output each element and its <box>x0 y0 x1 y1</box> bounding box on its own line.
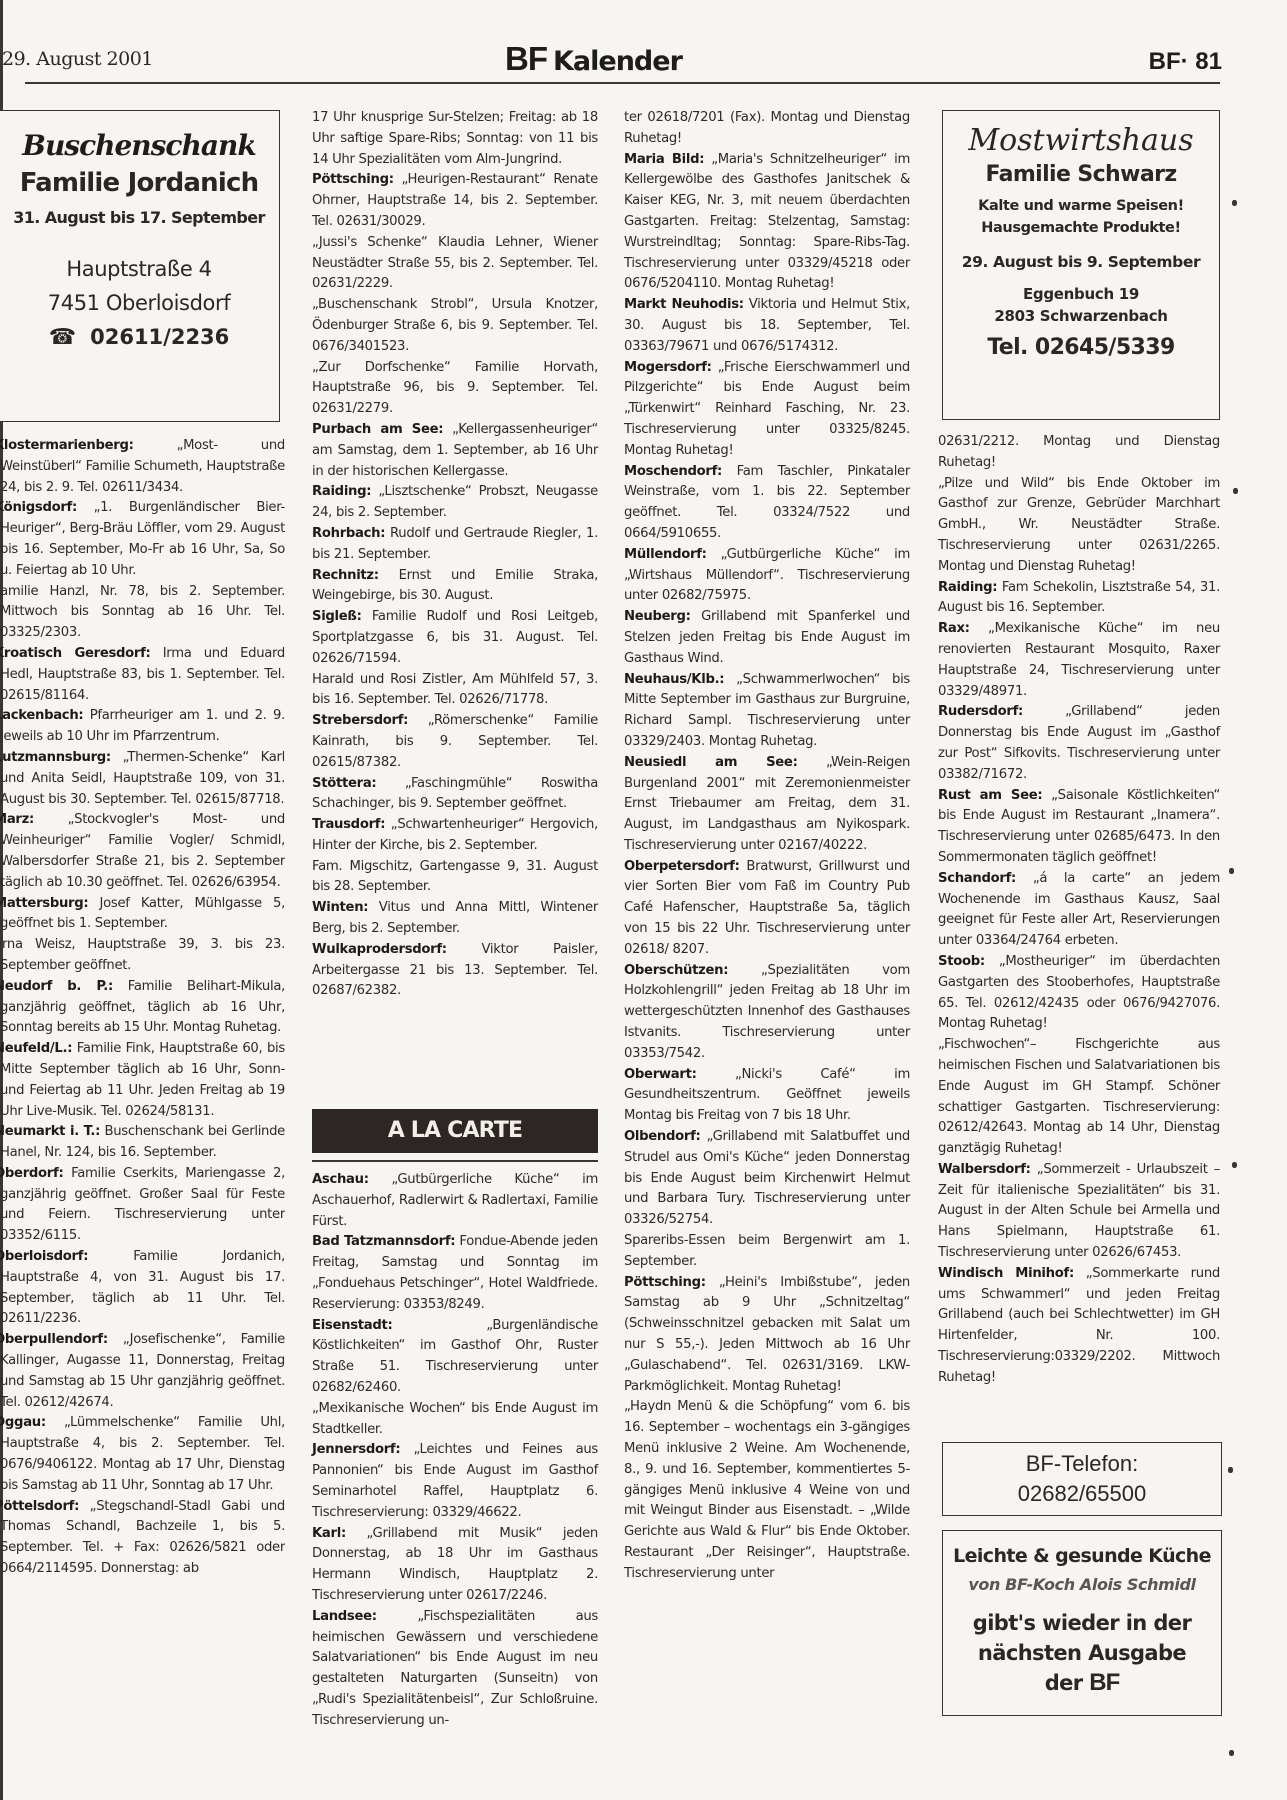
listing-entry: Rust am See: „Saisonale Köstlichkeiten“ … <box>938 786 1220 869</box>
listing-entry: Karl: „Grillabend mit Musik“ jeden Donne… <box>312 1524 598 1607</box>
listing-entry: Neuhaus/Klb.: „Schwammerlwochen“ bis Mit… <box>624 670 910 753</box>
ad-dates: 29. August bis 9. September <box>943 253 1219 271</box>
listing-entry: Wulkaprodersdorf: Viktor Paisler, Arbeit… <box>312 940 598 1002</box>
listing-entry: „Fischwochen“– Fischgerichte aus heimisc… <box>938 1035 1220 1160</box>
listing-entry: Kroatisch Geresdorf: Irma und Eduard Hed… <box>0 644 285 706</box>
section-title: BFKalender <box>505 40 682 78</box>
listing-entry: Neuberg: Grillabend mit Spanferkel und S… <box>624 607 910 669</box>
ad-city: 7451 Oberloisdorf <box>0 291 279 315</box>
ad-phone-number: 02611/2236 <box>90 325 229 349</box>
scan-speck <box>1229 868 1234 874</box>
listing-entry: Erna Weisz, Hauptstraße 39, 3. bis 23. S… <box>0 935 285 977</box>
listing-entry: Lackenbach: Pfarrheuriger am 1. und 2. 9… <box>0 706 285 748</box>
listing-entry: „Zur Dorfschenke“ Familie Horvath, Haupt… <box>312 358 598 420</box>
listing-entry: Strebersdorf: „Römerschenke“ Familie Kai… <box>312 711 598 773</box>
ad-slogan: Hausgemachte Produkte! <box>943 217 1219 239</box>
ad-city: 2803 Schwarzenbach <box>943 305 1219 327</box>
listing-entry: ter 02618/7201 (Fax). Montag und Diensta… <box>624 108 910 150</box>
ad-heading: Mostwirtshaus <box>943 123 1219 158</box>
ad-mostwirtshaus-schwarz: Mostwirtshaus Familie Schwarz Kalte und … <box>942 110 1220 420</box>
ad-bf-telefon: BF-Telefon: 02682/65500 <box>942 1442 1222 1516</box>
ad-leichte-kueche: Leichte & gesunde Küche von BF-Koch Aloi… <box>942 1530 1222 1716</box>
listing-entry: Sigleß: Familie Rudolf und Rosi Leitgeb,… <box>312 607 598 669</box>
listing-entry: Neusiedl am See: „Wein-Reigen Burgenland… <box>624 753 910 857</box>
listing-entry: Pöttelsdorf: „Stegschandl-Stadl Gabi und… <box>0 1497 285 1580</box>
listing-entry: Raiding: „Lisztschenke“ Probszt, Neugass… <box>312 482 598 524</box>
kueche-line: gibt's wieder in der <box>943 1608 1221 1638</box>
ad-family: Familie Jordanich <box>0 168 279 198</box>
listing-entry: Trausdorf: „Schwartenheuriger“ Hergovich… <box>312 815 598 857</box>
listing-entry: Landsee: „Fischspezialitäten aus heimisc… <box>312 1607 598 1732</box>
listing-entry: Oberdorf: Familie Cserkits, Mariengasse … <box>0 1164 285 1247</box>
listing-entry: Jennersdorf: „Leichtes und Feines aus Pa… <box>312 1440 598 1523</box>
listing-entry: Rechnitz: Ernst und Emilie Straka, Weing… <box>312 566 598 608</box>
listing-entry: Stoob: „Mostheuriger“ im überdachten Gas… <box>938 952 1220 1035</box>
listing-entry: Harald und Rosi Zistler, Am Mühlfeld 57,… <box>312 670 598 712</box>
listing-entry: Mattersburg: Josef Katter, Mühlgasse 5, … <box>0 894 285 936</box>
ad-phone: Tel. 02645/5339 <box>943 335 1219 360</box>
listing-entry: Markt Neuhodis: Viktoria und Helmut Stix… <box>624 295 910 357</box>
header-rule <box>25 82 1220 84</box>
ad-heading: Buschenschank <box>0 129 279 162</box>
ad-phone: ☎02611/2236 <box>0 325 279 350</box>
listing-entry: Mogersdorf: „Frische Eierschwammerl und … <box>624 358 910 462</box>
column-2: 17 Uhr knusprige Sur-Stelzen; Freitag: a… <box>312 108 598 1002</box>
listing-entry: Oberschützen: „Spezialitäten vom Holzkoh… <box>624 961 910 1065</box>
listing-entry: Oggau: „Lümmelschenke“ Familie Uhl, Haup… <box>0 1413 285 1496</box>
listing-entry: Stöttera: „Faschingmühle“ Roswitha Schac… <box>312 774 598 816</box>
section-banner-a-la-carte: A LA CARTE <box>312 1109 598 1153</box>
listing-entry: Schandorf: „á la carte“ an jedem Wochene… <box>938 869 1220 952</box>
scan-speck <box>1233 488 1238 494</box>
page-number: BF· 81 <box>1149 48 1222 76</box>
telefon-label: BF-Telefon: <box>943 1449 1221 1479</box>
ad-family: Familie Schwarz <box>943 162 1219 187</box>
column-1: Klostermarienberg: „Most- und Weinstüber… <box>0 436 285 1580</box>
listing-entry: Oberpullendorf: „Josefischenke“, Familie… <box>0 1330 285 1413</box>
listing-entry: „Buschenschank Strobl“, Ursula Knotzer, … <box>312 295 598 357</box>
listing-entry: „Pilze und Wild“ bis Ende Oktober im Gas… <box>938 474 1220 578</box>
scan-speck <box>1232 1162 1237 1168</box>
listing-entry: Klostermarienberg: „Most- und Weinstüber… <box>0 436 285 498</box>
listing-entry: Fam. Migschitz, Gartengasse 9, 31. Augus… <box>312 857 598 899</box>
listing-entry: Marz: „Stockvogler's Most- und Weinheuri… <box>0 810 285 893</box>
kueche-notice: gibt's wieder in der nächsten Ausgabe de… <box>943 1608 1221 1698</box>
column-3: ter 02618/7201 (Fax). Montag und Diensta… <box>624 108 910 1585</box>
ad-slogans: Kalte und warme Speisen! Hausgemachte Pr… <box>943 195 1219 239</box>
listing-entry: Oberloisdorf: Familie Jordanich, Hauptst… <box>0 1247 285 1330</box>
ad-dates: 31. August bis 17. September <box>0 208 279 227</box>
listing-entry: Olbendorf: „Grillabend mit Salatbuffet u… <box>624 1127 910 1231</box>
listing-entry: Familie Hanzl, Nr. 78, bis 2. September.… <box>0 582 285 644</box>
ad-street: Eggenbuch 19 <box>943 283 1219 305</box>
listing-entry: Oberwart: „Nicki's Café“ im Gesundheitsz… <box>624 1065 910 1127</box>
issue-date: 29. August 2001 <box>2 48 153 70</box>
listing-entry: Moschendorf: Fam Taschler, Pinkataler We… <box>624 462 910 545</box>
listing-entry: Neufeld/L.: Familie Fink, Hauptstraße 60… <box>0 1039 285 1122</box>
listing-entry: Winten: Vitus und Anna Mittl, Wintener B… <box>312 898 598 940</box>
ad-slogan: Kalte und warme Speisen! <box>943 195 1219 217</box>
scan-speck <box>1232 200 1237 206</box>
telefon-number: 02682/65500 <box>943 1479 1221 1509</box>
listing-entry: 17 Uhr knusprige Sur-Stelzen; Freitag: a… <box>312 108 598 170</box>
listing-entry: Müllendorf: „Gutbürgerliche Küche“ im „W… <box>624 545 910 607</box>
listing-entry: Aschau: „Gutbürgerliche Küche“ im Aschau… <box>312 1170 598 1232</box>
column-4: 02631/2212. Montag und Dienstag Ruhetag!… <box>938 432 1220 1389</box>
listing-entry: Rudersdorf: „Grillabend“ jeden Donnersta… <box>938 702 1220 785</box>
listing-entry: „Mexikanische Wochen“ bis Ende August im… <box>312 1399 598 1441</box>
listing-entry: Maria Bild: „Maria's Schnitzelheuriger“ … <box>624 150 910 296</box>
scan-speck <box>1228 1467 1233 1473</box>
ad-address: Eggenbuch 19 2803 Schwarzenbach <box>943 283 1219 327</box>
listing-entry: Pöttsching: „Heini's Imbißstube“, jeden … <box>624 1273 910 1398</box>
listing-entry: Lutzmannsburg: „Thermen-Schenke“ Karl un… <box>0 748 285 810</box>
scan-speck <box>1229 1750 1234 1756</box>
listing-entry: Rax: „Mexikanische Küche“ im neu renovie… <box>938 619 1220 702</box>
banner-rule <box>312 1160 598 1162</box>
listing-entry: Neumarkt i. T.: Buschenschank bei Gerlin… <box>0 1122 285 1164</box>
listing-entry: Eisenstadt: „Burgenländische Köstlichkei… <box>312 1316 598 1399</box>
brand-logo: BF <box>505 40 547 77</box>
brand-logo: BF <box>1089 1669 1119 1696</box>
kueche-line: nächsten Ausgabe <box>943 1638 1221 1668</box>
telephone-icon: ☎ <box>49 325 76 350</box>
kueche-title: Leichte & gesunde Küche <box>943 1545 1221 1567</box>
listing-entry: Raiding: Fam Schekolin, Lisztstraße 54, … <box>938 578 1220 620</box>
listing-entry: Königsdorf: „1. Burgenländischer Bier-He… <box>0 498 285 581</box>
listing-entry: Purbach am See: „Kellergassenheuriger“ a… <box>312 420 598 482</box>
section-name: Kalender <box>553 46 682 77</box>
listing-entry: Walbersdorf: „Sommerzeit - Urlaubszeit –… <box>938 1160 1220 1264</box>
listing-entry: Bad Tatzmannsdorf: Fondue-Abende jeden F… <box>312 1232 598 1315</box>
ad-street: Hauptstraße 4 <box>0 257 279 281</box>
listing-entry: „Jussi's Schenke“ Klaudia Lehner, Wiener… <box>312 233 598 295</box>
listing-entry: Oberpetersdorf: Bratwurst, Grillwurst un… <box>624 857 910 961</box>
ad-buschenschank-jordanich: Buschenschank Familie Jordanich 31. Augu… <box>0 110 280 422</box>
page-header: 29. August 2001 BFKalender BF· 81 <box>0 38 1230 82</box>
listing-entry: Neudorf b. P.: Familie Belihart-Mikula, … <box>0 977 285 1039</box>
listing-entry: 02631/2212. Montag und Dienstag Ruhetag! <box>938 432 1220 474</box>
listing-entry: Pöttsching: „Heurigen-Restaurant“ Renate… <box>312 170 598 232</box>
listing-entry: Rohrbach: Rudolf und Gertraude Riegler, … <box>312 524 598 566</box>
column-2-a-la-carte: Aschau: „Gutbürgerliche Küche“ im Aschau… <box>312 1170 598 1732</box>
listing-entry: Spareribs-Essen beim Bergenwirt am 1. Se… <box>624 1231 910 1273</box>
listing-entry: Windisch Minihof: „Sommerkarte rund ums … <box>938 1264 1220 1389</box>
kueche-line: der BF <box>943 1668 1221 1698</box>
kueche-subtitle: von BF-Koch Alois Schmidl <box>943 1575 1221 1594</box>
listing-entry: „Haydn Menü & die Schöpfung“ vom 6. bis … <box>624 1397 910 1584</box>
